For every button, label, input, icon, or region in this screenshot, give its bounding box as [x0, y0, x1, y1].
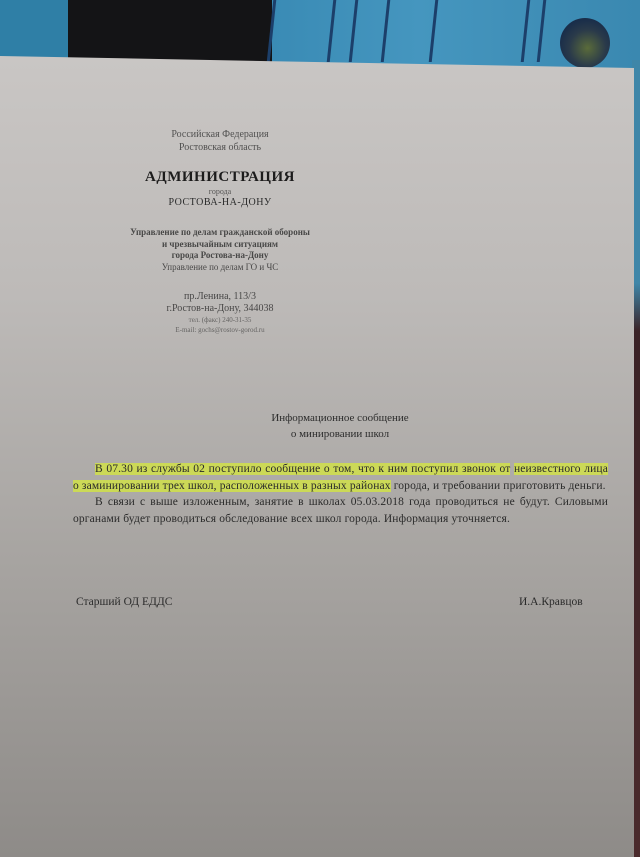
- letterhead-city-genitive: города: [60, 186, 380, 197]
- document-body: В 07.30 из службы 02 поступило сообщение…: [73, 461, 608, 527]
- background-emblem-icon: [560, 18, 610, 68]
- letterhead-city: РОСТОВА-НА-ДОНУ: [60, 197, 380, 209]
- paragraph-2: В связи с выше изложенным, занятие в шко…: [73, 494, 608, 527]
- letterhead-country: Российская Федерация: [60, 128, 380, 141]
- paragraph-1: В 07.30 из службы 02 поступило сообщение…: [73, 461, 608, 494]
- letterhead-address-line: пр.Ленина, 113/3: [60, 291, 380, 303]
- background-line: [537, 0, 547, 62]
- document-title-line: Информационное сообщение: [200, 410, 480, 426]
- background-line: [381, 0, 391, 62]
- background-line: [327, 0, 337, 62]
- letterhead-organization: АДМИНИСТРАЦИЯ: [60, 168, 380, 186]
- letterhead-department-line: города Ростова-на-Дону: [60, 250, 380, 262]
- paragraph-text: города, и требовании приготовить деньги.: [394, 480, 606, 492]
- background-line: [429, 0, 439, 62]
- letterhead-contact-line: E-mail: gochs@rostov-gorod.ru: [60, 325, 380, 335]
- document-title: Информационное сообщение о минировании ш…: [200, 410, 480, 442]
- letterhead: Российская Федерация Ростовская область …: [60, 128, 380, 335]
- letterhead-department-line: Управление по делам гражданской обороны: [60, 227, 380, 239]
- document-title-line: о минировании школ: [200, 426, 480, 442]
- letterhead-department-line: и чрезвычайным ситуациям: [60, 239, 380, 251]
- letterhead-contact-line: тел. (факс) 240-31-35: [60, 315, 380, 325]
- signature-name: И.А.Кравцов: [519, 596, 583, 608]
- letterhead-address-line: г.Ростов-на-Дону, 344038: [60, 303, 380, 315]
- highlighted-text: В 07.30 из службы 02 поступило сообщение…: [95, 463, 510, 475]
- background-line: [521, 0, 531, 62]
- background-line: [349, 0, 359, 62]
- letterhead-region: Ростовская область: [60, 141, 380, 154]
- letterhead-department-line: Управление по делам ГО и ЧС: [60, 262, 380, 274]
- signature-position: Старший ОД ЕДДС: [76, 596, 172, 608]
